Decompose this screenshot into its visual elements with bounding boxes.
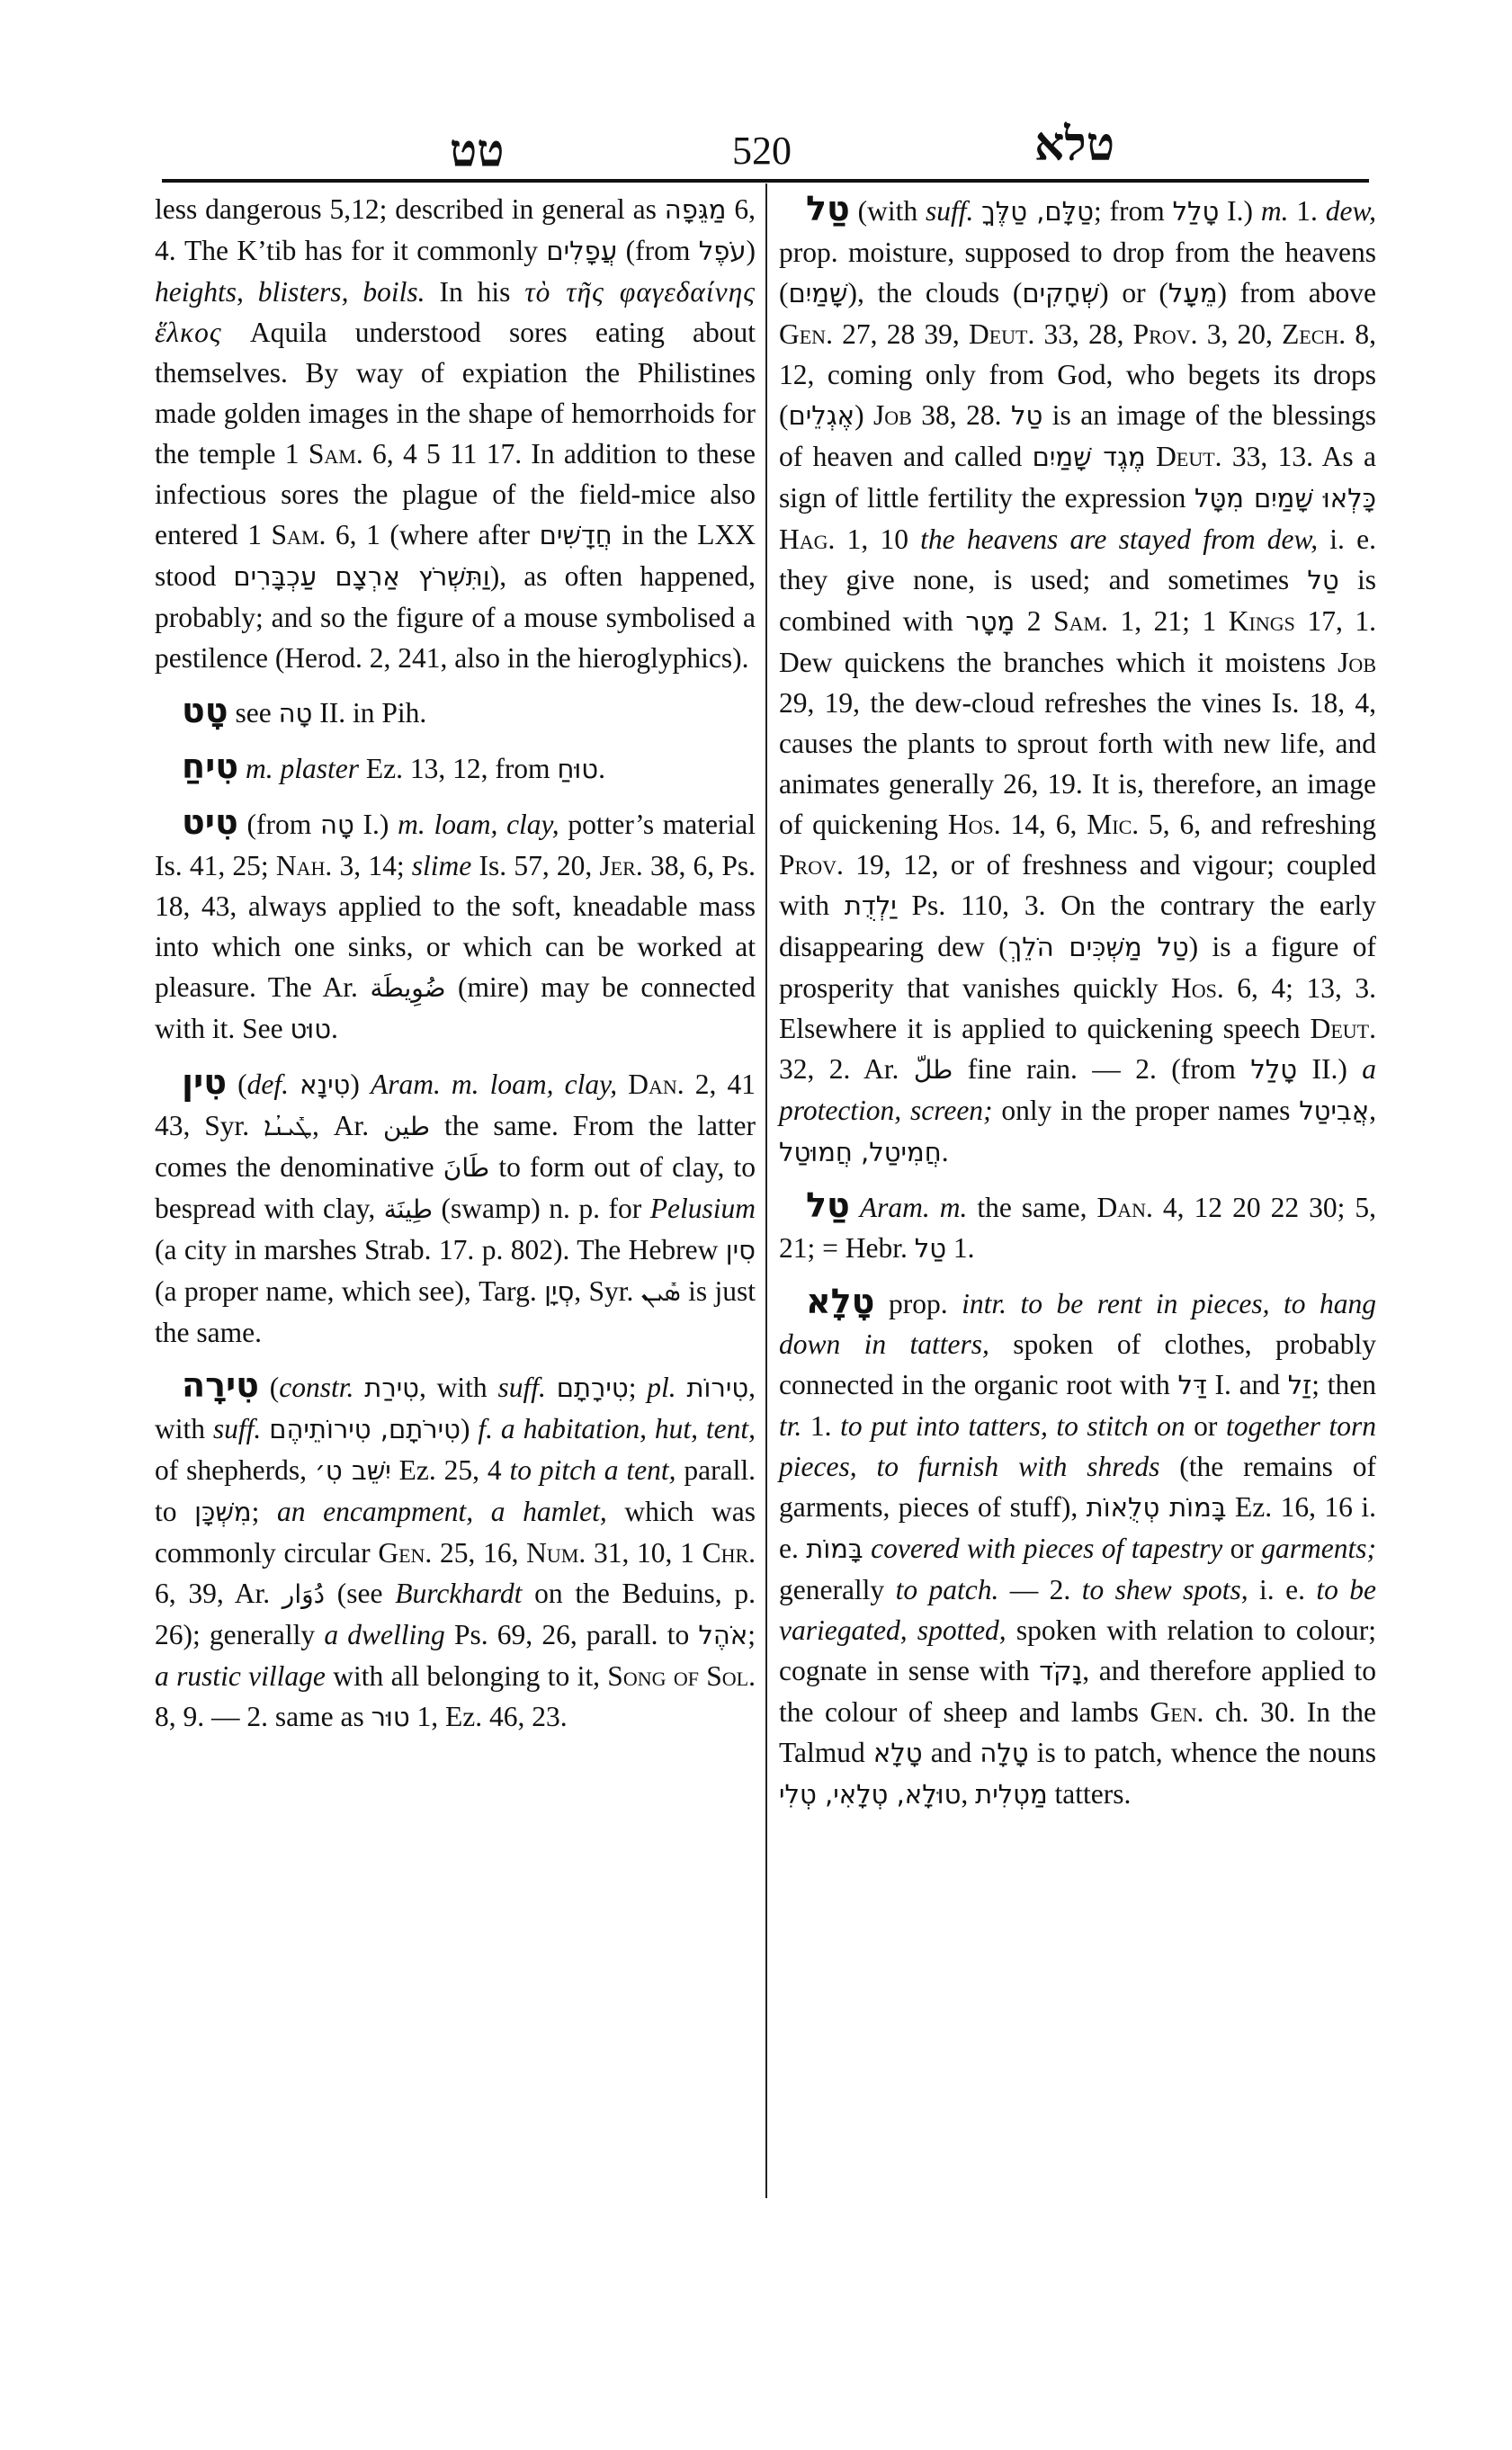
hebrew-word: טִירַת	[364, 1373, 419, 1403]
text: see	[228, 697, 279, 729]
text: and	[923, 1737, 980, 1768]
text: II. in Pih.	[312, 697, 426, 729]
text	[973, 195, 981, 227]
text: )	[854, 399, 873, 431]
book-reference: Deut.	[1311, 1013, 1376, 1044]
header-rule	[162, 179, 1369, 183]
text: 1, 10	[835, 523, 920, 555]
hebrew-word: סִין	[726, 1235, 756, 1265]
text: 32, 2. Ar.	[779, 1053, 914, 1085]
hebrew-word: מִשְׁכָּן	[194, 1497, 251, 1527]
italic-gloss: Pelusium	[650, 1193, 756, 1224]
text: 25, 16,	[432, 1537, 526, 1569]
text: I. and	[1207, 1369, 1288, 1400]
entry-continuation: less dangerous 5,12; described in genera…	[155, 189, 756, 678]
italic-gloss: m. loam, clay,	[398, 809, 559, 840]
text: )	[350, 1069, 371, 1100]
book-reference: Job	[873, 399, 912, 431]
headword: טָלָא	[806, 1282, 874, 1321]
text: ;	[747, 1619, 756, 1650]
hebrew-word: טוּר	[371, 1702, 410, 1732]
text: is to patch, whence the nouns	[1029, 1737, 1376, 1768]
text: Ez. 13, 12, from	[359, 753, 557, 784]
hebrew-word: טָלָא	[873, 1738, 923, 1768]
book-reference: Hos.	[948, 809, 1001, 840]
hebrew-word: טַל	[1307, 565, 1338, 595]
hebrew-word: מָטָר	[965, 606, 1015, 637]
dictionary-entry: טַל (with suff. טַלָּם, טַלֶּךָ; from טָ…	[779, 189, 1376, 1173]
left-running-headword: טט	[450, 124, 504, 176]
dictionary-entry: טִין (def. טִינָא) Aram. m. loam, clay, …	[155, 1062, 756, 1353]
text: 38, 28.	[912, 399, 1011, 431]
column-divider	[765, 183, 767, 2198]
text: or	[1185, 1410, 1226, 1442]
text: , with	[419, 1372, 498, 1403]
hebrew-word: טוּחַ	[557, 754, 598, 784]
text	[353, 1372, 364, 1403]
hebrew-word: אֲבִיטַל	[1299, 1095, 1369, 1126]
text: (from	[617, 235, 699, 266]
text: , Syr.	[574, 1275, 641, 1307]
text: (see	[325, 1578, 395, 1609]
hebrew-word: זַל	[1288, 1370, 1312, 1400]
text: Is. 57, 20,	[471, 850, 599, 881]
text: ), the clouds (	[847, 277, 1022, 308]
text: I.)	[354, 809, 398, 840]
hebrew-word: עֲפָלִים	[546, 236, 617, 266]
hebrew-word: טָה	[279, 698, 313, 729]
book-reference: Dan.	[628, 1069, 684, 1100]
arabic-syriac-word: ܛܺܝܢܳܐ	[264, 1112, 312, 1141]
text	[289, 1069, 300, 1100]
book-reference: Sam.	[272, 519, 327, 550]
book-reference: Gen.	[1150, 1696, 1203, 1728]
italic-gloss: Aram. m. loam, clay,	[371, 1069, 617, 1100]
italic-gloss: to shew spots,	[1082, 1574, 1248, 1605]
arabic-syriac-word: دُوَار	[282, 1579, 325, 1609]
text: (	[259, 1372, 279, 1403]
right-column: טַל (with suff. טַלָּם, טַלֶּךָ; from טָ…	[779, 189, 1376, 1815]
hebrew-word: מַטְלִית	[975, 1779, 1048, 1810]
text: or	[1222, 1533, 1261, 1564]
text: i. e.	[1248, 1574, 1317, 1605]
text: 27, 28 39,	[833, 318, 969, 350]
headword: טִיחַ	[182, 747, 238, 786]
dictionary-entry: טִיט (from טָה I.) m. loam, clay, potter…	[155, 802, 756, 1050]
text: 1, 21; 1	[1108, 605, 1229, 637]
book-reference: Sam.	[1053, 605, 1108, 637]
dictionary-entry: טַל Aram. m. the same, Dan. 4, 12 20 22 …	[779, 1185, 1376, 1269]
hebrew-word: טוּלָא, טְלָאִי, טְלִי	[779, 1779, 961, 1810]
book-reference: Nah.	[276, 850, 332, 881]
italic-gloss: Burckhardt	[395, 1578, 522, 1609]
text	[863, 1533, 871, 1564]
hebrew-word: בָּמוֹת טְלֻאוֹת	[1087, 1492, 1227, 1523]
italic-gloss: suff.	[926, 195, 973, 227]
book-reference: Gen.	[779, 318, 833, 350]
text: ;	[252, 1496, 277, 1527]
book-reference: Deut.	[969, 318, 1034, 350]
text: of shepherds,	[155, 1454, 315, 1486]
text	[617, 1069, 628, 1100]
dictionary-entry: טִירָה (constr. טִירַת, with suff. טִירָ…	[155, 1365, 756, 1738]
hebrew-word: דַּל	[1177, 1370, 1206, 1400]
hebrew-word: טַל	[1011, 400, 1042, 431]
book-reference: Sam.	[309, 438, 363, 469]
text: (from	[238, 809, 320, 840]
italic-gloss: constr.	[279, 1372, 353, 1403]
text: .	[331, 1013, 338, 1044]
hebrew-word: טַל	[915, 1233, 946, 1264]
left-column: less dangerous 5,12; described in genera…	[155, 189, 756, 1738]
italic-gloss: covered with pieces of tapestry	[871, 1533, 1222, 1564]
hebrew-word: טִירוֹת	[687, 1373, 749, 1403]
italic-gloss: to pitch a tent,	[510, 1454, 676, 1486]
text: )	[747, 235, 756, 266]
book-reference: Zech.	[1282, 318, 1346, 350]
headword: טִין	[182, 1062, 227, 1102]
text: ,	[1369, 1095, 1376, 1126]
hebrew-word: סְיָן	[544, 1276, 574, 1307]
italic-gloss: an encampment, a hamlet,	[277, 1496, 607, 1527]
hebrew-word: טָה	[320, 809, 354, 840]
text: )	[461, 1413, 478, 1444]
page-header: טט 520 טלא	[0, 115, 1512, 178]
hebrew-word: בָּמוֹת	[806, 1533, 863, 1564]
text: 33, 28,	[1034, 318, 1132, 350]
text: fine rain. — 2. (from	[953, 1053, 1250, 1085]
book-reference: Mic.	[1087, 809, 1139, 840]
hebrew-word: טִירֹתָם, טִירוֹתֵיהֶם	[269, 1414, 461, 1444]
italic-gloss: slime	[412, 850, 472, 881]
hebrew-word: מֶגֶד שָׁמַיִם	[1033, 442, 1146, 472]
hebrew-word: אֹהֶל	[698, 1620, 747, 1650]
hebrew-word: אֶגְלֵים	[789, 400, 855, 431]
book-reference: Job	[1338, 647, 1376, 678]
text: 5, 6, and refreshing	[1139, 809, 1376, 840]
headword: טַל	[806, 1185, 850, 1225]
text: (a city in marshes Strab. 17. p. 802). T…	[155, 1234, 726, 1265]
text: Ez. 25, 4	[391, 1454, 510, 1486]
hebrew-word: וַתִּשְׁרֹץ אַרְצָם עַכְבָּרִים	[233, 561, 489, 592]
text	[546, 1372, 557, 1403]
headword: טִיט	[182, 802, 238, 842]
italic-gloss: to put into tatters, to stitch on	[840, 1410, 1185, 1442]
text: ,	[961, 1778, 975, 1810]
text: tatters.	[1048, 1778, 1132, 1810]
text: 1.	[801, 1410, 840, 1442]
book-reference: Dan.	[1096, 1192, 1152, 1223]
arabic-syriac-word: ܣܺܝܢ	[641, 1277, 681, 1307]
italic-gloss: def.	[247, 1069, 289, 1100]
italic-gloss: a dwelling	[324, 1619, 444, 1650]
italic-gloss: tr.	[779, 1410, 801, 1442]
dictionary-entry: טָט see טָה II. in Pih.	[155, 691, 756, 734]
hebrew-word: שָׁמַיִם	[789, 278, 848, 308]
headword: טָט	[182, 691, 228, 730]
hebrew-word: חֲדָשִׁים	[540, 520, 613, 550]
hebrew-word: מֵעָל	[1168, 278, 1218, 308]
arabic-syriac-word: طَانَ	[443, 1153, 489, 1183]
hebrew-word: טָלָה	[980, 1738, 1028, 1768]
text	[850, 1192, 860, 1223]
italic-gloss: suff.	[498, 1372, 546, 1403]
italic-gloss: pl.	[647, 1372, 675, 1403]
book-reference: Jer.	[599, 850, 642, 881]
book-reference: Prov.	[1133, 318, 1198, 350]
arabic-syriac-word: طِينَة	[384, 1194, 433, 1224]
text: (swamp) n. p. for	[433, 1193, 650, 1224]
italic-gloss: garments;	[1261, 1533, 1376, 1564]
book-reference: Deut.	[1156, 441, 1221, 472]
hebrew-word: שְׁחָקִים	[1022, 278, 1099, 308]
text: 8, 9. — 2. same as	[155, 1701, 371, 1732]
arabic-syriac-word: طلّ	[914, 1055, 953, 1085]
text: (a proper name, which see), Targ.	[155, 1275, 544, 1307]
hebrew-word: טִינָא	[300, 1069, 350, 1100]
text	[1146, 441, 1156, 472]
text: (	[227, 1069, 247, 1100]
hebrew-word: טוּט	[291, 1014, 332, 1044]
italic-gloss: a rustic village	[155, 1660, 326, 1692]
italic-gloss: suff.	[213, 1413, 261, 1444]
italic-gloss: dew,	[1326, 195, 1376, 227]
page-number: 520	[732, 128, 792, 174]
text: the same,	[967, 1192, 1096, 1223]
text: Ps. 69, 26, parall. to	[445, 1619, 699, 1650]
arabic-syriac-word: طين	[383, 1112, 430, 1141]
dictionary-entry: טִיחַ m. plaster Ez. 13, 12, from טוּחַ.	[155, 747, 756, 790]
italic-gloss: m.	[1261, 195, 1289, 227]
text: prop.	[874, 1288, 962, 1319]
hebrew-word: טַלָּם, טַלֶּךָ	[981, 196, 1094, 227]
book-reference: Chr.	[702, 1537, 756, 1569]
hebrew-word: טָלַל	[1250, 1054, 1297, 1085]
italic-gloss: Aram. m.	[860, 1192, 968, 1223]
hebrew-word: נָקֹד	[1039, 1656, 1082, 1686]
text: , Ar.	[312, 1110, 383, 1141]
book-reference: Prov.	[779, 849, 844, 881]
hebrew-word: יִשֵּׁב טִ׳	[315, 1455, 391, 1486]
headword: טִירָה	[182, 1365, 259, 1405]
text: 6, 1 (where after	[326, 519, 539, 550]
text: In his	[425, 276, 525, 308]
book-reference: Num.	[526, 1537, 586, 1569]
book-reference: Hos.	[1171, 972, 1224, 1004]
hebrew-word: יַלְדֻת	[845, 890, 897, 921]
book-reference: Song of Sol.	[607, 1660, 756, 1692]
book-reference: Hag.	[779, 523, 835, 555]
text: ; from	[1094, 195, 1173, 227]
hebrew-word: טִירָתָם	[557, 1373, 629, 1403]
headword: טַל	[806, 189, 850, 228]
text: (with	[850, 195, 926, 227]
text: 14, 6,	[1001, 809, 1087, 840]
text: .	[598, 753, 605, 784]
text	[676, 1372, 687, 1403]
italic-gloss: the heavens are stayed from dew,	[920, 523, 1318, 555]
text: generally	[779, 1574, 896, 1605]
arabic-syriac-word: ضُوِيطَة	[370, 973, 445, 1003]
hebrew-word: עֹפֶל	[699, 236, 747, 266]
hebrew-word: מַגֵּפָה	[665, 194, 727, 225]
text: ;	[629, 1372, 648, 1403]
text: II.)	[1297, 1053, 1362, 1085]
text: 1.	[1288, 195, 1325, 227]
text: — 2.	[998, 1574, 1081, 1605]
italic-gloss: heights, blisters, boils.	[155, 276, 425, 308]
dictionary-entry: טָלָא prop. intr. to be rent in pieces, …	[779, 1282, 1376, 1815]
hebrew-word: טָלַל	[1173, 196, 1220, 227]
text: 31, 10, 1	[586, 1537, 702, 1569]
hebrew-word: חֲמִיטַל, חֲמוּטַל	[779, 1137, 942, 1167]
text: 2	[1015, 605, 1053, 637]
hebrew-word: כָּלְאוּ שָׁמַיִם מִטָּל	[1194, 483, 1376, 514]
hebrew-word: טַל מַשְׁכִּים הֹלֵךְ	[1008, 932, 1189, 962]
text: ) from above	[1218, 277, 1376, 308]
text: with all belonging to it,	[326, 1660, 607, 1692]
text: ; then	[1311, 1369, 1376, 1400]
text: less dangerous 5,12; described in genera…	[155, 193, 665, 225]
text	[238, 753, 246, 784]
text: 3, 14;	[332, 850, 412, 881]
text: I.)	[1219, 195, 1261, 227]
text: .	[942, 1136, 949, 1167]
text: 1.	[946, 1232, 975, 1264]
italic-gloss: f. a habitation, hut, tent,	[478, 1413, 756, 1444]
text: ) or (	[1099, 277, 1168, 308]
italic-gloss: m. plaster	[246, 753, 359, 784]
book-reference: Gen.	[378, 1537, 432, 1569]
italic-gloss: to patch.	[896, 1574, 999, 1605]
text: 3, 20,	[1198, 318, 1283, 350]
text	[261, 1413, 269, 1444]
right-running-headword: טלא	[1034, 119, 1114, 172]
text: 1, Ez. 46, 23.	[410, 1701, 568, 1732]
text: 6, 39, Ar.	[155, 1578, 282, 1609]
text: only in the proper names	[993, 1095, 1300, 1126]
book-reference: Kings	[1229, 605, 1295, 637]
